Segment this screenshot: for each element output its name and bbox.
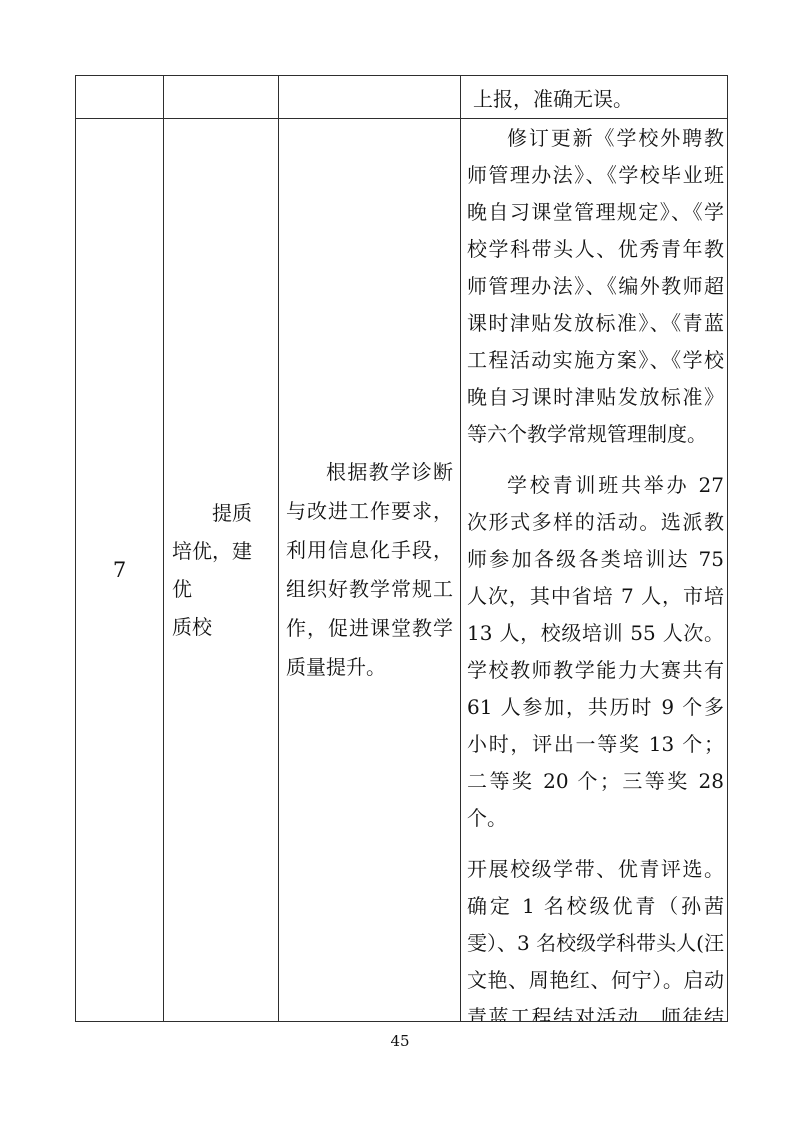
goal-line: 培优，建优: [172, 532, 270, 608]
table-row-main: 7 提质 培优，建优 质校 根据教学诊断与改进工作要求，利用信息化手段，组织好教…: [76, 119, 727, 1021]
result-paragraph-2: 学校青训班共举办 27 次形式多样的活动。选派教师参加各级各类培训达 75 人次…: [467, 467, 724, 837]
seq-cell-top: [76, 76, 164, 118]
goal-line: 提质: [172, 494, 270, 532]
seq-number: 7: [113, 558, 126, 582]
page-number: 45: [0, 1032, 800, 1050]
goal-cell: 提质 培优，建优 质校: [164, 119, 279, 1021]
result-cell-top: 上报，准确无误。: [461, 76, 727, 118]
result-paragraph-1: 修订更新《学校外聘教师管理办法》、《学校毕业班晚自习课堂管理规定》、《学校学科带…: [467, 120, 724, 453]
measures-cell-top: [279, 76, 461, 118]
result-top-text: 上报，准确无误。: [473, 83, 633, 112]
goal-cell-top: [164, 76, 279, 118]
result-cell: 修订更新《学校外聘教师管理办法》、《学校毕业班晚自习课堂管理规定》、《学校学科带…: [461, 119, 727, 1021]
measures-paragraph: 根据教学诊断与改进工作要求，利用信息化手段，组织好教学常规工作，促进课堂教学质量…: [286, 453, 453, 687]
table-row-top: 上报，准确无误。: [76, 76, 727, 119]
document-page: 上报，准确无误。 7 提质 培优，建优 质校 根据教学诊断与改进工作要求，利用信…: [0, 0, 800, 1131]
goal-line: 质校: [172, 608, 270, 646]
content-table: 上报，准确无误。 7 提质 培优，建优 质校 根据教学诊断与改进工作要求，利用信…: [75, 75, 728, 1022]
result-paragraph-3: 开展校级学带、优青评选。确定 1 名校级优青（孙茜雯）、3 名校级学科带头人(汪…: [467, 851, 724, 1021]
measures-cell: 根据教学诊断与改进工作要求，利用信息化手段，组织好教学常规工作，促进课堂教学质量…: [279, 119, 461, 1021]
seq-cell: 7: [76, 119, 164, 1021]
